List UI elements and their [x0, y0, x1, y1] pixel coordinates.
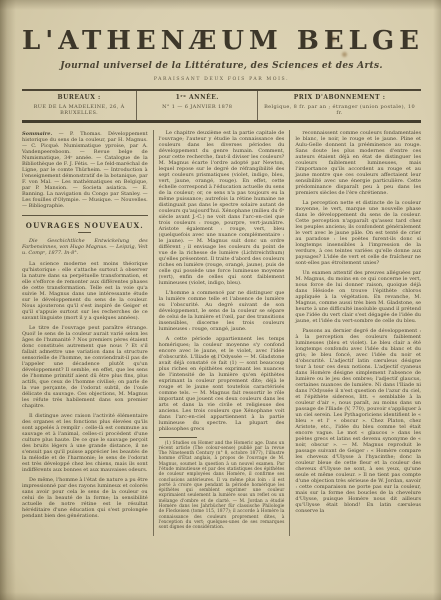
- column-1: Sommaire. — P. Thomas. Développement his…: [22, 130, 154, 536]
- column-3: reconnaissent comme couleurs fondamental…: [290, 130, 421, 536]
- price-detail: Belgique, 8 fr. par an ; étranger (union…: [262, 104, 417, 116]
- body-paragraph: De même, l'homme à l'état de nature a pu…: [22, 477, 148, 519]
- price-label: PRIX D'ABONNEMENT :: [262, 94, 417, 101]
- page-edge-shadow-top: [0, 0, 441, 10]
- body-paragraph: reconnaissent comme couleurs fondamental…: [295, 130, 421, 196]
- section-divider: [22, 215, 148, 216]
- body-paragraph: Le chapitre deuxième est la partie capit…: [159, 130, 285, 286]
- body-paragraph: La perception nette et distincte de la c…: [295, 200, 421, 266]
- bureaux-cell: BUREAUX : RUE DE LA MADELEINE, 26, À BRU…: [22, 91, 136, 120]
- body-paragraph: A cette période appartiennent les temps …: [159, 336, 285, 432]
- body-paragraph: Il distingue avec raison l'activité élém…: [22, 413, 148, 473]
- column-2: Le chapitre deuxième est la partie capit…: [154, 130, 291, 536]
- summary-text: — P. Thomas. Développement historique du…: [22, 131, 148, 209]
- journal-subtitle: Journal universel de la Littérature, des…: [22, 61, 421, 71]
- article-columns: Sommaire. — P. Thomas. Développement his…: [22, 130, 421, 536]
- price-cell: PRIX D'ABONNEMENT : Belgique, 8 fr. par …: [257, 91, 421, 120]
- page-edge-shadow-bottom: [0, 592, 441, 600]
- bureaux-label: BUREAUX :: [26, 94, 132, 101]
- body-paragraph: La science moderne est moins théorique q…: [22, 261, 148, 321]
- body-paragraph: Un examen attentif des preuves alléguées…: [295, 270, 421, 324]
- summary-paragraph: Sommaire. — P. Thomas. Développement his…: [22, 131, 148, 209]
- bureaux-address: RUE DE LA MADELEINE, 26, À BRUXELLES.: [26, 104, 132, 116]
- body-paragraph: L'homme a commencé par ne distinguer que…: [159, 290, 285, 332]
- page-edge-shadow-left: [0, 0, 16, 600]
- page-content: L'ATHENÆUM BELGE Journal universel de la…: [22, 22, 421, 536]
- journal-page: L'ATHENÆUM BELGE Journal universel de la…: [0, 0, 441, 600]
- journal-title: L'ATHENÆUM BELGE: [22, 26, 421, 56]
- section-heading: OUVRAGES NOUVEAUX.: [22, 221, 148, 230]
- body-paragraph: Passons au dernier degré de développemen…: [295, 328, 421, 514]
- issue-info-bar: BUREAUX : RUE DE LA MADELEINE, 26, À BRU…: [22, 89, 421, 123]
- issue-cell: 1ʳᵉ ANNÉE. N° 1 — 6 JANVIER 1878: [136, 91, 257, 120]
- footnote-divider: [159, 437, 197, 438]
- book-citation: Die Geschichtliche Entwickelung des Farb…: [22, 238, 148, 256]
- year-label: 1ʳᵉ ANNÉE.: [141, 94, 253, 101]
- footnote: (1) Studies on Homer and the Homeric age…: [159, 441, 285, 531]
- frequency-line: PARAISSANT DEUX FOIS PAR MOIS.: [22, 77, 421, 82]
- section-ornament: [78, 232, 91, 233]
- page-edge-shadow-right: [433, 0, 441, 600]
- issue-number-date: N° 1 — 6 JANVIER 1878: [141, 104, 253, 110]
- masthead: L'ATHENÆUM BELGE Journal universel de la…: [22, 26, 421, 82]
- body-paragraph: Le titre de l'ouvrage peut paraître étra…: [22, 325, 148, 409]
